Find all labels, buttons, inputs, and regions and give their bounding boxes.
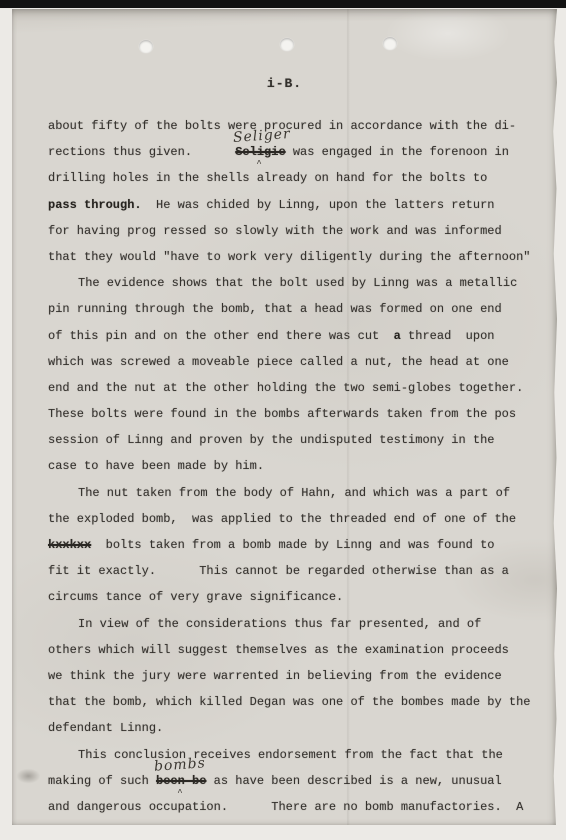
scanner-edge-strip	[0, 0, 566, 8]
typewritten-text: for having prog ressed so slowly with th…	[48, 224, 502, 238]
punch-hole-icon	[280, 38, 294, 51]
typewritten-text: a	[394, 329, 401, 343]
typewritten-text: pin running through the bomb, that a hea…	[48, 302, 502, 316]
typewritten-text: that they would "have to work very dilig…	[48, 250, 530, 264]
typewritten-text: thread upon	[401, 329, 495, 343]
text-line: This conclusion receives endorsement fro…	[48, 742, 543, 768]
text-line: defendant Linng.	[48, 715, 543, 741]
text-line: rections thus given. SeligieSeliger^ was…	[48, 139, 543, 165]
text-line: about fifty of the bolts were procured i…	[48, 113, 543, 139]
text-line: we think the jury were warrented in beli…	[48, 663, 543, 689]
typewritten-text: case to have been made by him.	[48, 459, 264, 473]
insertion-caret: ^	[256, 151, 261, 177]
text-line: fit it exactly. This cannot be regarded …	[48, 558, 543, 584]
typewritten-text: fit it exactly. This cannot be regarded …	[48, 564, 509, 578]
typewritten-text: drilling holes in the shells already on …	[48, 171, 487, 185]
text-line: end and the nut at the other holding the…	[48, 375, 543, 401]
handwritten-correction: bombs	[153, 750, 207, 780]
text-line: of this pin and on the other end there w…	[48, 323, 543, 349]
document-lines: about fifty of the bolts were procured i…	[48, 113, 543, 820]
typewritten-text: circums tance of very grave significance…	[48, 590, 343, 604]
typewritten-text: defendant Linng.	[48, 721, 163, 735]
text-line: others which will suggest themselves as …	[48, 637, 543, 663]
typewritten-text: we think the jury were warrented in beli…	[48, 669, 502, 683]
handwritten-correction: Seliger	[232, 121, 291, 151]
text-line: for having prog ressed so slowly with th…	[48, 218, 543, 244]
text-line: In view of the considerations thus far p…	[48, 611, 543, 637]
typewritten-text: as have been described is a new, unusual	[206, 774, 501, 788]
text-line: session of Linng and proven by the undis…	[48, 427, 543, 453]
struck-out-text: kxxkxx	[48, 538, 91, 552]
text-line: The evidence shows that the bolt used by…	[48, 270, 543, 296]
typewritten-text: others which will suggest themselves as …	[48, 643, 509, 657]
typewritten-text: making of such	[48, 774, 156, 788]
text-line: which was screwed a moveable piece calle…	[48, 349, 543, 375]
text-line: pass through. He was chided by Linng, up…	[48, 192, 543, 218]
page-number-label: i-B.	[12, 76, 557, 91]
typewritten-text: pass through.	[48, 198, 142, 212]
text-line: These bolts were found in the bombs afte…	[48, 401, 543, 427]
correction-group: been bebombs^	[156, 768, 206, 794]
text-line: kxxkxx bolts taken from a bomb made by L…	[48, 532, 543, 558]
typewritten-text: These bolts were found in the bombs afte…	[48, 407, 516, 421]
text-line: case to have been made by him.	[48, 453, 543, 479]
text-line: that they would "have to work very dilig…	[48, 244, 543, 270]
typewritten-text: and dangerous occupation. There are no b…	[48, 800, 523, 814]
punch-hole-icon	[139, 40, 153, 53]
correction-group: SeligieSeliger^	[235, 139, 285, 165]
typewritten-text: was engaged in the forenoon in	[286, 145, 509, 159]
typewritten-text: He was chided by Linng, upon the latters…	[142, 198, 495, 212]
text-line: that the bomb, which killed Degan was on…	[48, 689, 543, 715]
text-line: and dangerous occupation. There are no b…	[48, 794, 543, 820]
typewritten-text: In view of the considerations thus far p…	[78, 617, 481, 631]
typewritten-text: The nut taken from the body of Hahn, and…	[78, 486, 510, 500]
typewritten-text: The evidence shows that the bolt used by…	[78, 276, 517, 290]
punch-hole-icon	[383, 37, 397, 50]
typewritten-text: bolts taken from a bomb made by Linng an…	[91, 538, 494, 552]
text-line: The nut taken from the body of Hahn, and…	[48, 480, 543, 506]
typewritten-text: that the bomb, which killed Degan was on…	[48, 695, 530, 709]
typewritten-text: the exploded bomb, was applied to the th…	[48, 512, 516, 526]
typewritten-text: rections thus given.	[48, 145, 235, 159]
typewritten-text: of this pin and on the other end there w…	[48, 329, 394, 343]
typewritten-text: This conclusion receives endorsement fro…	[78, 748, 503, 762]
text-line: the exploded bomb, was applied to the th…	[48, 506, 543, 532]
insertion-caret: ^	[177, 780, 182, 806]
document-page: i-B. about fifty of the bolts were procu…	[12, 9, 557, 825]
text-line: pin running through the bomb, that a hea…	[48, 296, 543, 322]
text-line: circums tance of very grave significance…	[48, 584, 543, 610]
text-line: making of such been bebombs^ as have bee…	[48, 768, 543, 794]
text-line: drilling holes in the shells already on …	[48, 165, 543, 191]
typewritten-text: which was screwed a moveable piece calle…	[48, 355, 509, 369]
typewritten-text: session of Linng and proven by the undis…	[48, 433, 494, 447]
typewritten-text: end and the nut at the other holding the…	[48, 381, 523, 395]
